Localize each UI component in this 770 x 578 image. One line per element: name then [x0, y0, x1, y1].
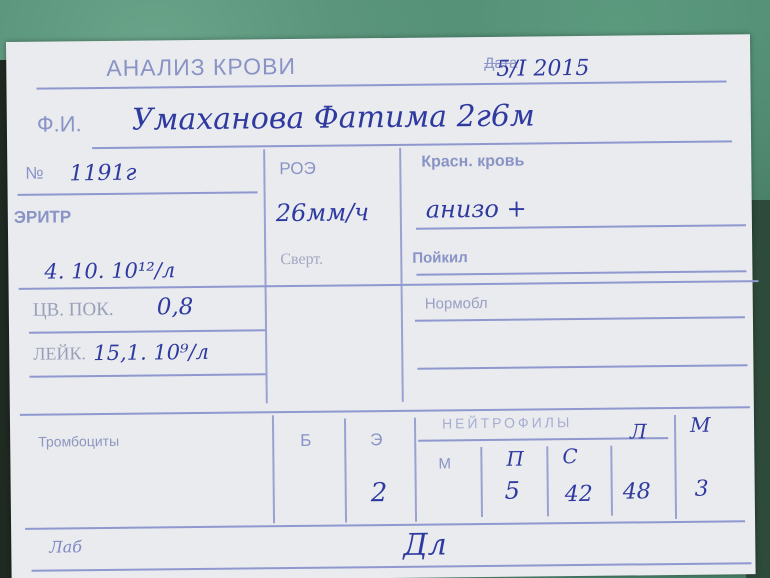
esr-label: РОЭ: [279, 159, 316, 179]
number-value: 1191г: [69, 161, 136, 187]
esr-value: 26мм/ч: [276, 198, 370, 227]
diff-value-segmented: 42: [565, 482, 593, 507]
neutrophils-header: НЕЙТРОФИЛЫ: [442, 414, 572, 431]
divider: [29, 329, 265, 333]
divider: [415, 316, 745, 321]
color-index-value: 0,8: [157, 294, 194, 320]
divider: [416, 224, 746, 229]
diff-label-band: П: [506, 447, 524, 471]
divider: [414, 418, 417, 522]
leukocytes-label: ЛЕЙК.: [33, 343, 86, 365]
leukocytes-value: 15,1. 10⁹/л: [93, 340, 209, 365]
divider: [18, 191, 258, 195]
divider: [92, 140, 732, 148]
divider: [344, 418, 347, 522]
lab-signature: Дл: [403, 527, 447, 562]
diff-label-myelocytes: М: [438, 455, 451, 472]
lab-label: Лаб: [49, 537, 82, 556]
erythrocytes-value: 4. 10. 10¹²/л: [44, 258, 175, 283]
diff-label-lymphocytes: Л: [630, 419, 647, 443]
form-title: АНАЛИЗ КРОВИ: [106, 53, 296, 82]
divider: [272, 415, 275, 523]
date-value: 5/I 2015: [496, 56, 589, 82]
poikilocytes-label: Пойкил: [412, 249, 468, 267]
diff-value-lymphocytes: 48: [623, 479, 651, 504]
diff-label-monocytes: М: [690, 413, 711, 437]
divider: [25, 520, 745, 529]
divider: [416, 270, 746, 275]
coagulation-label: Сверт.: [280, 251, 323, 269]
name-value: Умаханова Фатима 2г6м: [132, 98, 535, 137]
red-blood-label: Красн. кровь: [421, 153, 524, 172]
divider: [674, 415, 677, 519]
divider: [20, 406, 750, 415]
normoblasts-label: Нормобл: [425, 295, 488, 313]
divider: [610, 446, 612, 516]
divider: [32, 562, 752, 571]
diff-value-monocytes: 3: [695, 477, 709, 502]
color-index-label: ЦВ. ПОК.: [33, 299, 114, 322]
erythrocytes-label: ЭРИТР: [14, 207, 72, 228]
blood-test-form: АНАЛИЗ КРОВИ Дата 5/I 2015 Ф.И. Умаханов…: [6, 34, 756, 578]
divider: [263, 149, 267, 403]
diff-label-segmented: С: [562, 444, 578, 468]
diff-label-eosinophils: Э: [370, 430, 382, 450]
diff-value-eosinophils: 2: [371, 478, 388, 508]
divider: [417, 364, 747, 369]
name-label: Ф.И.: [37, 111, 82, 137]
divider: [29, 373, 265, 377]
divider: [36, 80, 726, 89]
divider: [399, 148, 403, 402]
platelets-label: Тромбоциты: [38, 433, 119, 450]
diff-value-band: 5: [505, 477, 521, 505]
divider: [480, 447, 482, 517]
number-label: №: [25, 164, 43, 184]
divider: [546, 446, 548, 516]
diff-label-basophils: Б: [300, 431, 311, 451]
red-blood-value: анизо +: [426, 195, 527, 224]
